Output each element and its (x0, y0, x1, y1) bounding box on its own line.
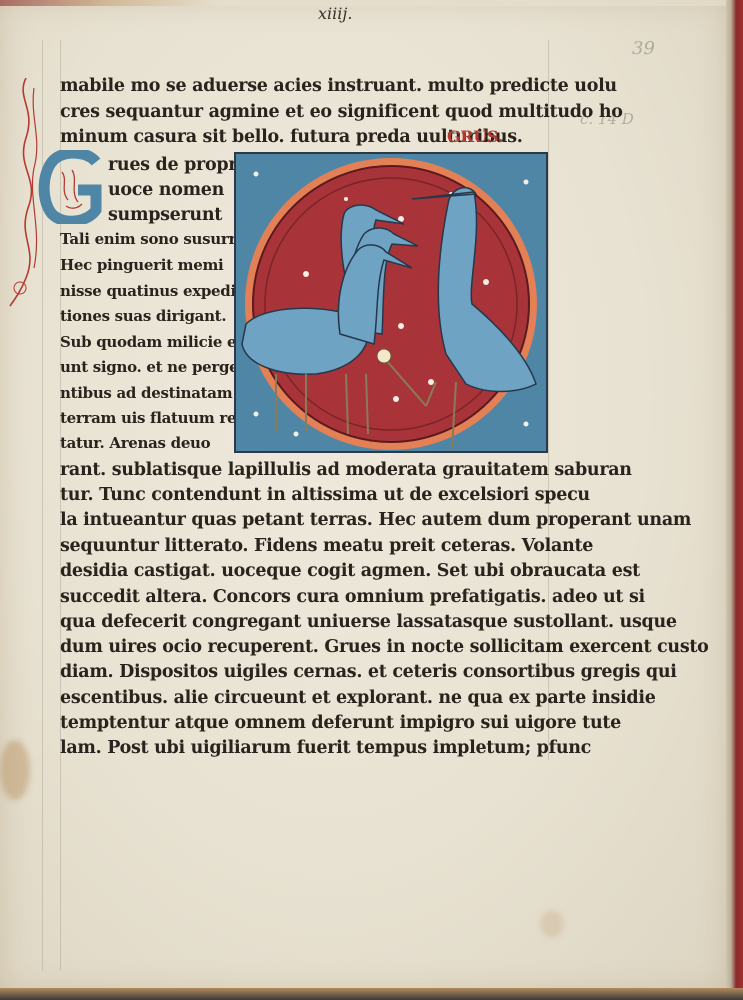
text-line: lam. Post ubi uigiliarum fuerit tempus i… (60, 740, 591, 758)
folio-header: xiiij. (318, 4, 352, 23)
text-line: sequuntur litterato. Fidens meatu preit … (60, 538, 593, 556)
text-line: terram uis flatuum renit (60, 411, 259, 426)
cranes-illustration (236, 154, 546, 451)
text-line: tur. Tunc contendunt in altissima ut de … (60, 487, 590, 505)
text-line: la intueantur quas petant terras. Hec au… (60, 512, 691, 530)
stain-spot (540, 910, 564, 938)
binding-edge-top (0, 0, 728, 6)
text-line: escentibus. alie circueunt et explorant.… (60, 690, 656, 708)
manuscript-page: xiiij. 39 c. 14 D mabile mo se aduerse a… (0, 0, 728, 992)
text-line: Tali enim sono susurri (60, 232, 242, 247)
text-line: uoce nomen (108, 182, 224, 200)
text-line: tiones suas dirigant. (60, 309, 226, 324)
text-line: desidia castigat. uoceque cogit agmen. S… (60, 563, 640, 581)
text-line: temptentur atque omnem deferunt impigro … (60, 715, 621, 733)
text-line: diam. Dispositos uigiles cernas. et cete… (60, 664, 677, 682)
text-line: Hec pinguerit memi (60, 258, 223, 273)
text-line: dum uires ocio recuperent. Grues in noct… (60, 639, 709, 657)
text-line: succedit altera. Concors cura omnium pre… (60, 589, 645, 607)
text-line: Sub quodam milicie e (60, 335, 236, 350)
text-line: sumpserunt (108, 207, 222, 225)
water-stain (0, 740, 30, 800)
text-line: rant. sublatisque lapillulis ad moderata… (60, 462, 632, 480)
page-edge-right (726, 0, 743, 1000)
text-line: unt signo. et ne perge (60, 360, 238, 375)
page-edge-bottom (0, 988, 743, 1000)
pencil-folio-number: 39 (632, 38, 655, 59)
text-line: qua defecerit congregant uniuerse lassat… (60, 614, 677, 632)
text-line: mabile mo se aduerse acies instruant. mu… (60, 78, 617, 96)
rubric-title: GRUS. (447, 129, 503, 145)
miniature-cranes (234, 152, 548, 453)
text-line: tatur. Arenas deuo (60, 436, 210, 451)
text-line: cres sequantur agmine et eo significent … (60, 104, 623, 122)
decorated-initial-g (38, 150, 104, 224)
text-line: nisse quatinus expedi (60, 284, 236, 299)
text-line: rues de propria (108, 157, 255, 175)
text-line: ntibus ad destinatam (60, 386, 232, 401)
